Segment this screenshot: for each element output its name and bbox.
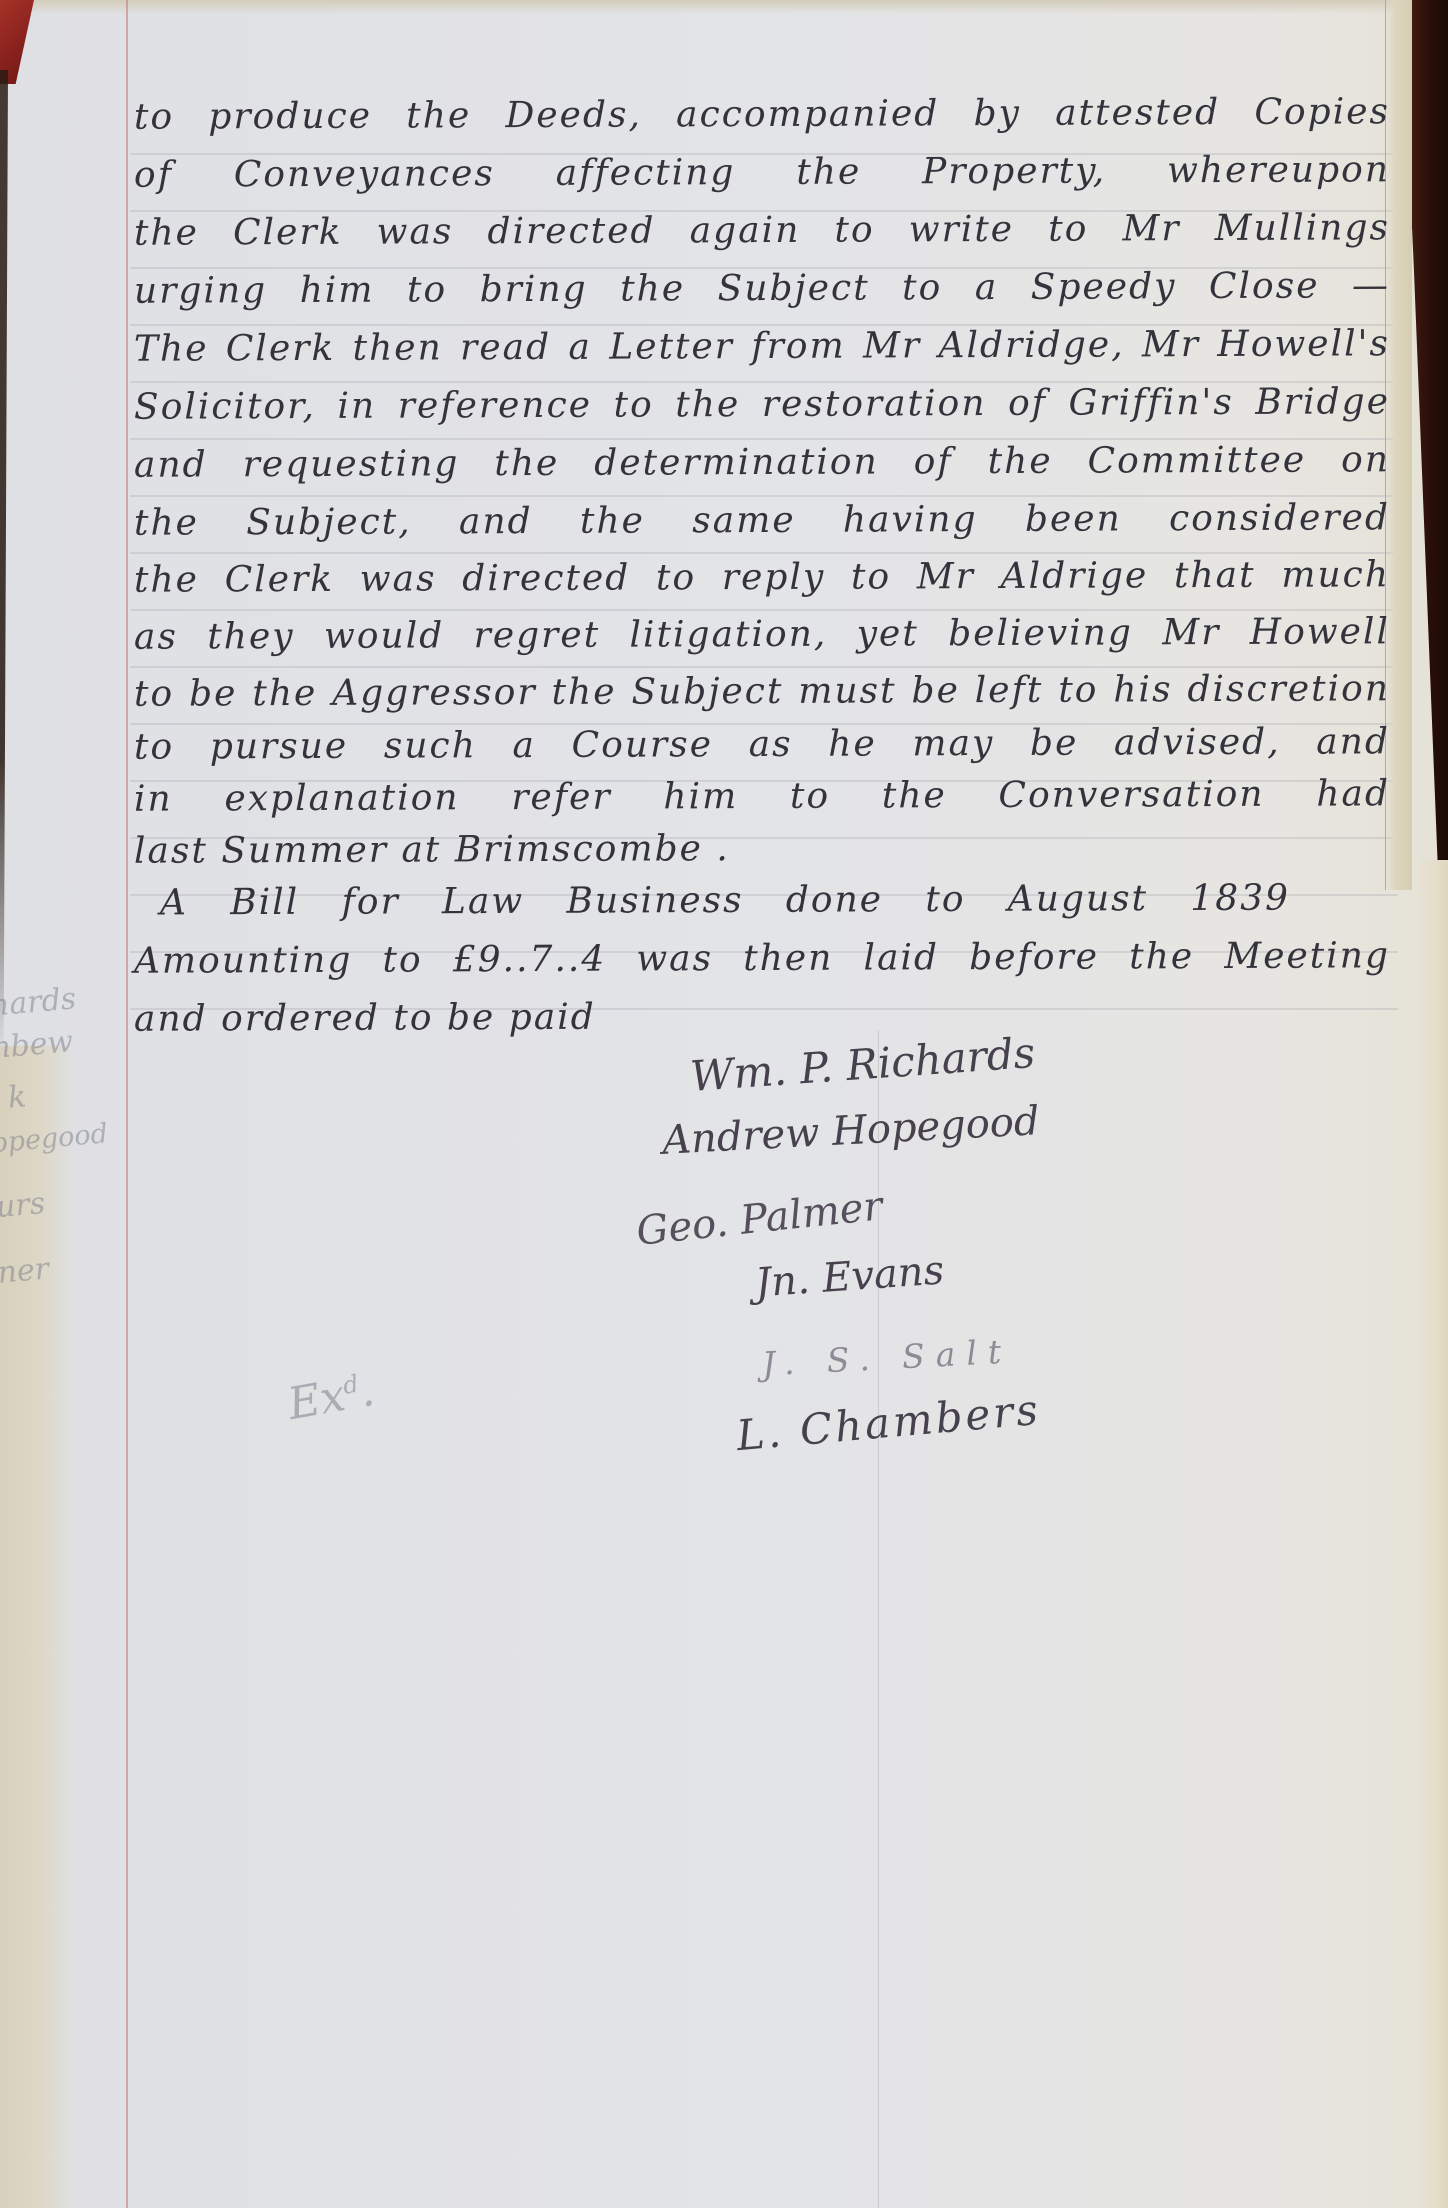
manuscript-line: The Clerk then read a Letter from Mr Ald… xyxy=(134,323,1390,382)
manuscript-line: the Clerk was directed to reply to Mr Al… xyxy=(134,554,1390,613)
manuscript-line: the Clerk was directed again to write to… xyxy=(134,207,1390,266)
manuscript-line: to be the Aggressor the Subject must be … xyxy=(134,668,1390,727)
signature-l-chambers: L. Chambers xyxy=(734,1385,1042,1460)
manuscript-line: last Summer at Brimscombe . xyxy=(134,825,1390,884)
manuscript-line: the Subject, and the same having been co… xyxy=(134,497,1390,556)
show-through-text: hards xyxy=(0,981,78,1023)
show-through-text: urs xyxy=(0,1186,46,1225)
signature-jn-evans: Jn. Evans xyxy=(754,1247,946,1306)
signature-geo-palmer: Geo. Palmer xyxy=(634,1183,884,1255)
pencil-examined-mark: Exd. xyxy=(284,1365,378,1430)
show-through-text: lner xyxy=(0,1251,50,1291)
manuscript-line: in explanation refer him to the Conversa… xyxy=(134,773,1390,832)
manuscript-line: to produce the Deeds, accompanied by att… xyxy=(134,91,1390,150)
show-through-text: k xyxy=(7,1079,28,1115)
scanned-manuscript-page: to produce the Deeds, accompanied by att… xyxy=(0,0,1448,2208)
manuscript-line: and ordered to be paid xyxy=(134,993,1390,1052)
pencil-examined-main: Ex xyxy=(284,1370,349,1430)
manuscript-line: of Conveyances affecting the Property, w… xyxy=(134,149,1390,208)
manuscript-line: Amounting to £9..7..4 was then laid befo… xyxy=(134,935,1390,994)
manuscript-line: and requesting the determination of the … xyxy=(134,439,1390,498)
manuscript-line: to pursue such a Course as he may be adv… xyxy=(134,721,1390,780)
red-margin-rule xyxy=(126,0,128,2208)
page-fore-edge-lower xyxy=(1414,860,1448,2208)
signature-andrew-hopegood: Andrew Hopegood xyxy=(661,1098,1041,1164)
left-binding-edge xyxy=(0,70,8,1055)
signature-j-s-salt: J. S. Salt xyxy=(761,1331,1013,1383)
manuscript-line: as they would regret litigation, yet bel… xyxy=(134,611,1390,670)
manuscript-line: urging him to bring the Subject to a Spe… xyxy=(134,265,1390,324)
manuscript-line: Solicitor, in reference to the restorati… xyxy=(134,381,1390,440)
pencil-examined-dot: . xyxy=(355,1365,378,1418)
manuscript-line: A Bill for Law Business done to August 1… xyxy=(160,878,1290,937)
